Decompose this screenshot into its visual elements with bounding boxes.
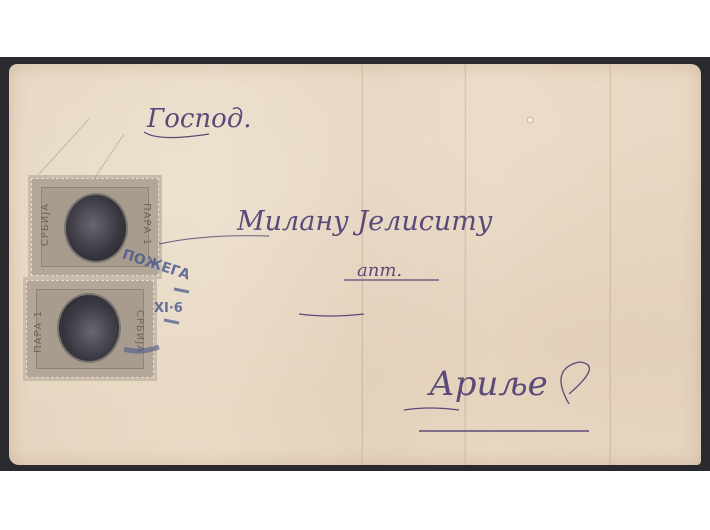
address-salutation: Господ. — [147, 104, 252, 134]
address-city: Ариље — [429, 364, 548, 404]
address-name: Милану Јелиситу — [237, 206, 493, 237]
pencil-marks — [9, 64, 701, 465]
envelope: СРБИЈА ПАРА 1 СРБИЈА ПАРА 1 ПОЖЕГА XI·6 — [9, 64, 701, 465]
address-line2: апт. — [357, 260, 402, 281]
